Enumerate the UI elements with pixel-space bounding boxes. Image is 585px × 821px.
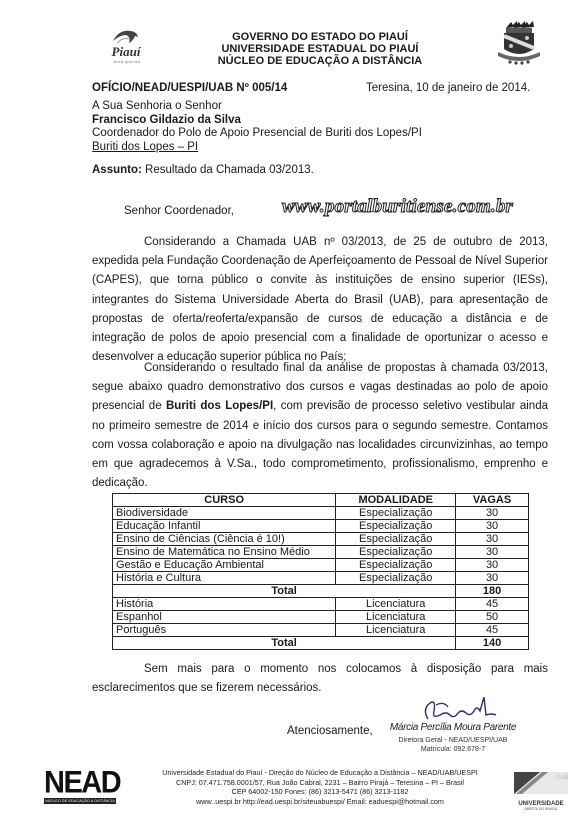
piaui-logo-word: Piauí [103,44,149,60]
cell-modalidade: Licenciatura [336,611,456,624]
cell-modalidade: Especialização [336,572,456,585]
total-label: Total [113,585,456,598]
footer-line-1: Universidade Estadual do Piauí - Direção… [130,768,510,778]
header-line-1: GOVERNO DO ESTADO DO PIAUÍ [190,31,450,43]
signer-role: Diretora Geral - NEAD/UESPI/UAB [388,737,518,744]
total-value: 180 [456,585,529,598]
nead-logo-strip: NÚCLEO DE EDUCAÇÃO A DISTÂNCIA [44,798,116,804]
paragraph-1-text: Considerando a Chamada UAB nº 03/2013, d… [92,236,548,363]
recipient-city: Buriti dos Lopes – PI [92,141,422,155]
subject-line: Assunto: Resultado da Chamada 03/2013. [92,164,314,176]
cell-vagas: 30 [456,572,529,585]
cell-modalidade: Especialização [336,546,456,559]
document-date: Teresina, 10 de janeiro de 2014. [366,82,530,94]
cell-curso: História e Cultura [113,572,336,585]
cell-curso: Educação Infantil [113,520,336,533]
cell-curso: Biodiversidade [113,507,336,520]
footer-line-4: www..uespi.br http://ead.uespi.br/siteua… [130,797,510,807]
cell-modalidade: Especialização [336,520,456,533]
cell-vagas: 50 [456,611,529,624]
table-row: EspanholLicenciatura50 [113,611,529,624]
header-vagas: VAGAS [456,494,529,507]
table-total-row: Total 140 [113,637,529,650]
uab-logo: UAB UNIVERSIDADE ABERTA DO BRASIL [512,770,570,808]
watermark-url: www.portalburitiense.com.br [282,196,513,218]
table-row: História e CulturaEspecialização30 [113,572,529,585]
table-header-row: CURSO MODALIDADE VAGAS [113,494,529,507]
nead-logo: NEAD NÚCLEO DE EDUCAÇÃO A DISTÂNCIA [44,765,116,805]
footer-contact: Universidade Estadual do Piauí - Direção… [130,768,510,806]
signer-registration: Matrícula: 092.678-7 [388,746,518,753]
uab-logo-sublabel: ABERTA DO BRASIL [512,807,570,812]
paragraph-3: Sem mais para o momento nos colocamos à … [92,660,548,698]
cell-curso: História [113,598,336,611]
paragraph-1: Considerando a Chamada UAB nº 03/2013, d… [92,233,548,367]
cell-vagas: 30 [456,507,529,520]
recipient-salutation: A Sua Senhoria o Senhor [92,100,422,114]
uab-logo-icon: UAB [512,770,570,796]
institution-header: GOVERNO DO ESTADO DO PIAUÍ UNIVERSIDADE … [190,31,450,67]
nead-logo-word: NEAD [44,765,120,801]
cell-curso: Ensino de Ciências (Ciência é 10!) [113,533,336,546]
table-row: Ensino de Matemática no Ensino MédioEspe… [113,546,529,559]
greeting: Senhor Coordenador, [124,205,234,217]
header-line-2: UNIVERSIDADE ESTADUAL DO PIAUÍ [190,43,450,55]
footer-line-3: CEP 64002-150 Fones: (86) 3213-5471 (86)… [130,787,510,797]
paragraph-2: Considerando o resultado final da anális… [92,359,548,493]
cell-curso: Ensino de Matemática no Ensino Médio [113,546,336,559]
subject-text: Resultado da Chamada 03/2013. [142,164,314,176]
handwritten-signature-icon [410,697,510,725]
cell-vagas: 45 [456,624,529,637]
cell-modalidade: Especialização [336,559,456,572]
cell-curso: Português [113,624,336,637]
table-row: Ensino de Ciências (Ciência é 10!)Especi… [113,533,529,546]
paragraph-3-text: Sem mais para o momento nos colocamos à … [92,663,548,694]
table-row: HistóriaLicenciatura45 [113,598,529,611]
table-row: Gestão e Educação AmbientalEspecializaçã… [113,559,529,572]
cell-curso: Espanhol [113,611,336,624]
cell-vagas: 30 [456,559,529,572]
cell-vagas: 30 [456,533,529,546]
cell-vagas: 30 [456,520,529,533]
recipient-name: Francisco Gildazio da Silva [92,114,422,128]
header-line-3: NÚCLEO DE EDUCAÇÃO A DISTÂNCIA [190,55,450,67]
signer-name: Márcia Percília Moura Parente [388,722,518,733]
recipient-block: A Sua Senhoria o Senhor Francisco Gildaz… [92,100,422,154]
paragraph-2-bold: Buriti dos Lopes/PI [166,400,273,412]
table-row: BiodiversidadeEspecialização30 [113,507,529,520]
closing: Atenciosamente, [287,725,373,737]
cell-modalidade: Especialização [336,507,456,520]
table-total-row: Total 180 [113,585,529,598]
table-group-especializacao: BiodiversidadeEspecialização30Educação I… [113,507,529,585]
total-value: 140 [456,637,529,650]
cell-modalidade: Especialização [336,533,456,546]
piaui-logo-tagline: terra querida [107,60,147,64]
recipient-position: Coordenador do Polo de Apoio Presencial … [92,127,422,141]
subject-label: Assunto: [92,164,142,176]
table-group-licenciatura: HistóriaLicenciatura45EspanholLicenciatu… [113,598,529,637]
paragraph-2-text-b: , com previsão de processo seletivo vest… [92,400,548,489]
cell-vagas: 45 [456,598,529,611]
uespi-crest-icon [494,18,544,66]
footer-line-2: CNPJ: 07.471.758.0001/57, Rua João Cabra… [130,778,510,788]
total-label: Total [113,637,456,650]
courses-table: CURSO MODALIDADE VAGAS BiodiversidadeEsp… [112,493,529,650]
cell-curso: Gestão e Educação Ambiental [113,559,336,572]
cell-modalidade: Licenciatura [336,624,456,637]
header-modalidade: MODALIDADE [336,494,456,507]
cell-modalidade: Licenciatura [336,598,456,611]
document-reference: OFÍCIO/NEAD/UESPI/UAB Nº 005/14 [92,82,287,94]
cell-vagas: 30 [456,546,529,559]
svg-text:UAB: UAB [556,775,568,781]
piaui-logo: Piauí terra querida [103,27,149,67]
header-curso: CURSO [113,494,336,507]
table-row: PortuguêsLicenciatura45 [113,624,529,637]
table-row: Educação InfantilEspecialização30 [113,520,529,533]
